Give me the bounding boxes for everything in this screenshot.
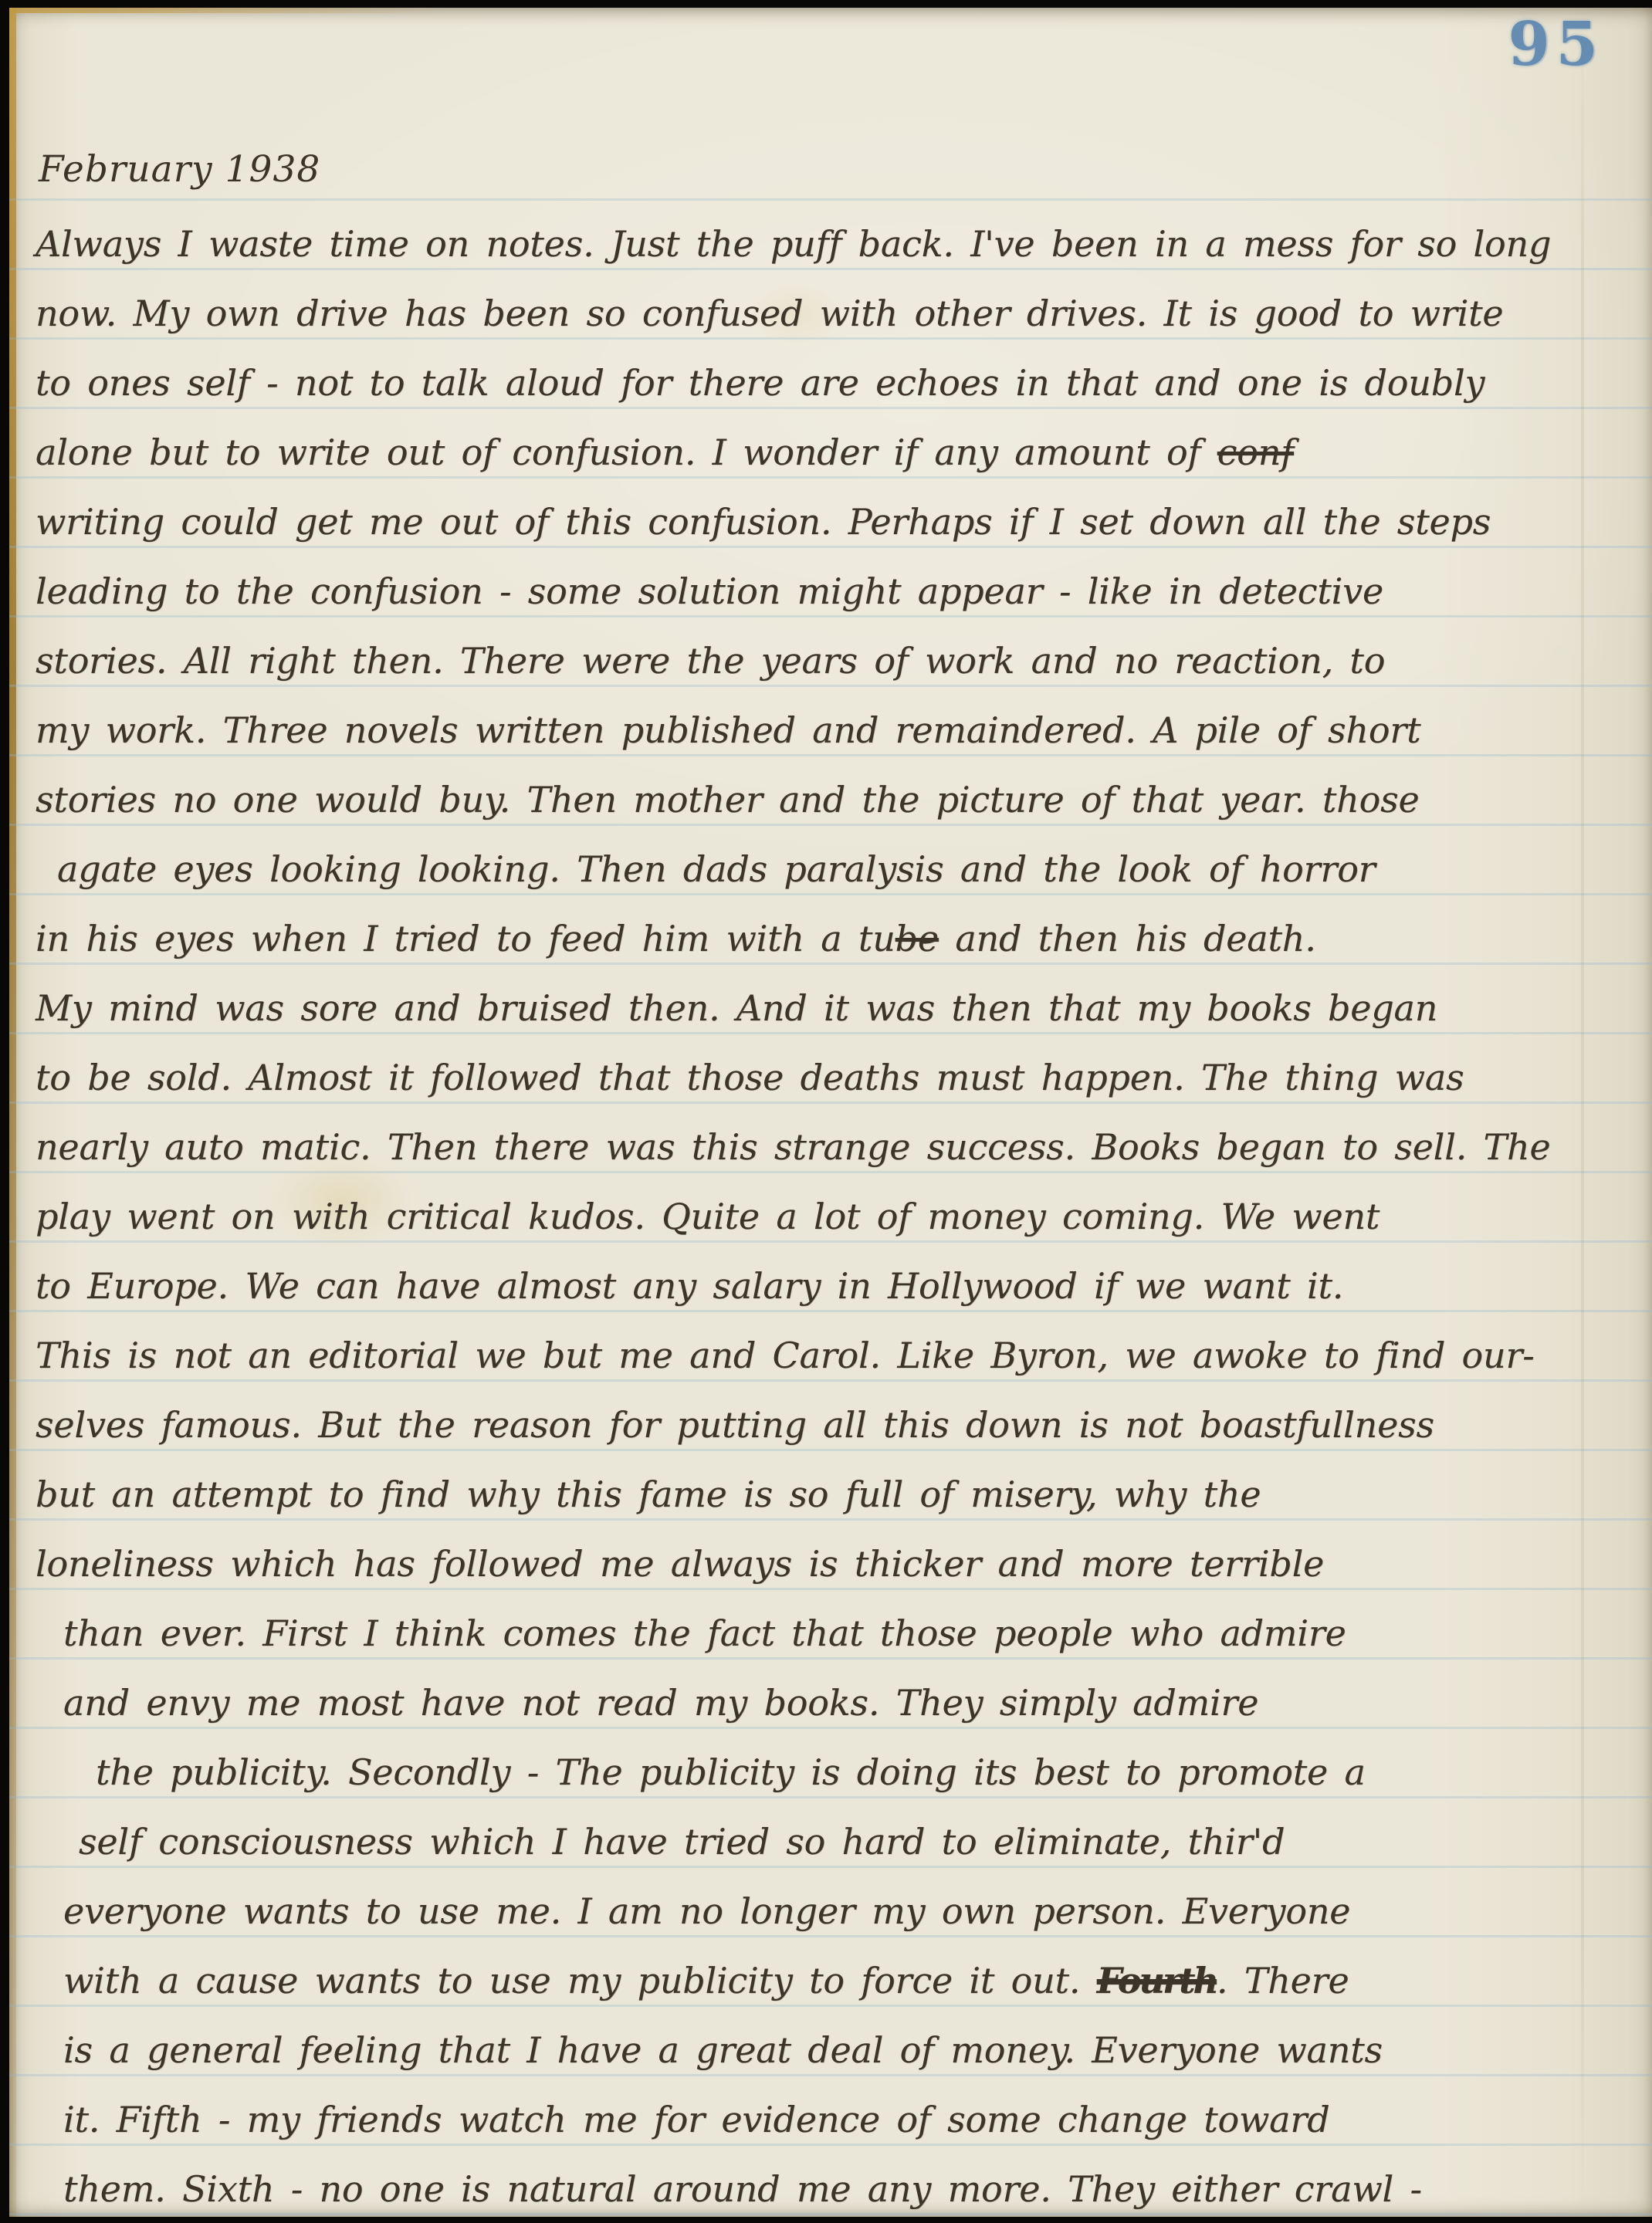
journal-line: to be sold. Almost it followed that thos… [36, 1032, 1640, 1101]
handwritten-text: to be sold. Almost it followed that thos… [36, 1057, 1464, 1098]
journal-line: My mind was sore and bruised then. And i… [36, 963, 1640, 1032]
handwritten-text: with a cause wants to use my publicity t… [63, 1960, 1097, 2001]
journal-line: my work. Three novels written published … [36, 685, 1640, 754]
handwritten-text: my work. Three novels written published … [36, 709, 1420, 751]
journal-line: in his eyes when I tried to feed him wit… [36, 893, 1640, 963]
gilt-page-edge-top [9, 8, 442, 13]
journal-line: them. Sixth - no one is natural around m… [63, 2143, 1640, 2213]
handwritten-text: writing could get me out of this confusi… [36, 501, 1491, 543]
entry-date: February 1938 [39, 148, 320, 191]
journal-line: and envy me most have not read my books.… [63, 1657, 1640, 1727]
handwritten-text: alone but to write out of confusion. I w… [36, 431, 1217, 473]
handwritten-text: selves famous. But the reason for puttin… [36, 1404, 1434, 1446]
journal-line: is a general feeling that I have a great… [63, 2005, 1640, 2074]
journal-line: with a cause wants to use my publicity t… [63, 1935, 1640, 2005]
journal-line: Always I waste time on notes. Just the p… [36, 198, 1640, 268]
struck-word: be [895, 918, 939, 959]
handwritten-text: loneliness which has followed me always … [36, 1543, 1324, 1585]
journal-line: to ones self - not to talk aloud for the… [36, 337, 1640, 407]
journal-line: selves famous. But the reason for puttin… [36, 1379, 1640, 1449]
handwritten-text: everyone wants to use me. I am no longer… [63, 1890, 1350, 1932]
handwritten-text: self consciousness which I have tried so… [79, 1821, 1285, 1863]
handwritten-text: My mind was sore and bruised then. And i… [36, 987, 1437, 1029]
handwritten-text: the publicity. Secondly - The publicity … [96, 1751, 1366, 1793]
journal-line: alone but to write out of confusion. I w… [36, 407, 1640, 476]
handwritten-text: play went on with critical kudos. Quite … [36, 1196, 1379, 1237]
struck-word: Fourth [1097, 1960, 1217, 2001]
handwritten-text: and envy me most have not read my books.… [63, 1682, 1258, 1724]
journal-lines: Always I waste time on notes. Just the p… [36, 198, 1640, 2213]
journal-line: stories. All right then. There were the … [36, 615, 1640, 685]
journal-line: than ever. First I think comes the fact … [63, 1588, 1640, 1657]
journal-line: loneliness which has followed me always … [36, 1518, 1640, 1588]
journal-line: everyone wants to use me. I am no longer… [63, 1866, 1640, 1935]
handwritten-text: is a general feeling that I have a great… [63, 2029, 1383, 2071]
handwritten-text: now. My own drive has been so confused w… [36, 293, 1503, 334]
journal-line: play went on with critical kudos. Quite … [36, 1171, 1640, 1240]
handwritten-text: leading to the confusion - some solution… [36, 570, 1383, 612]
handwritten-text: Always I waste time on notes. Just the p… [36, 223, 1551, 265]
journal-line: but an attempt to find why this fame is … [36, 1449, 1640, 1518]
struck-word: conf [1217, 431, 1294, 473]
journal-line: it. Fifth - my friends watch me for evid… [63, 2074, 1640, 2143]
handwritten-text: nearly auto matic. Then there was this s… [36, 1126, 1550, 1168]
handwritten-text: and then his death. [939, 918, 1316, 959]
handwritten-text: . There [1217, 1960, 1349, 2001]
handwritten-text: to Europe. We can have almost any salary… [36, 1265, 1343, 1307]
handwritten-text: in his eyes when I tried to feed him wit… [36, 918, 895, 959]
handwritten-text: than ever. First I think comes the fact … [63, 1612, 1346, 1654]
journal-page: 95 February 1938 Always I waste time on … [9, 8, 1652, 2217]
page-number-stamp: 95 [1508, 9, 1604, 80]
handwritten-text: This is not an editorial we but me and C… [36, 1335, 1535, 1376]
journal-line: This is not an editorial we but me and C… [36, 1310, 1640, 1379]
handwritten-text: to ones self - not to talk aloud for the… [36, 362, 1484, 404]
handwritten-text: stories. All right then. There were the … [36, 640, 1385, 682]
handwritten-text: them. Sixth - no one is natural around m… [63, 2168, 1422, 2210]
handwritten-text: but an attempt to find why this fame is … [36, 1474, 1261, 1515]
journal-line: self consciousness which I have tried so… [79, 1796, 1640, 1866]
journal-line: nearly auto matic. Then there was this s… [36, 1101, 1640, 1171]
handwritten-text: agate eyes looking looking. Then dads pa… [57, 848, 1376, 890]
journal-line: stories no one would buy. Then mother an… [36, 754, 1640, 824]
journal-line: writing could get me out of this confusi… [36, 476, 1640, 546]
handwritten-text: it. Fifth - my friends watch me for evid… [63, 2099, 1329, 2140]
journal-line: to Europe. We can have almost any salary… [36, 1240, 1640, 1310]
journal-line: the publicity. Secondly - The publicity … [96, 1727, 1640, 1796]
journal-line: leading to the confusion - some solution… [36, 546, 1640, 615]
journal-line: agate eyes looking looking. Then dads pa… [57, 824, 1640, 893]
handwritten-text: stories no one would buy. Then mother an… [36, 779, 1420, 821]
journal-line: now. My own drive has been so confused w… [36, 268, 1640, 337]
